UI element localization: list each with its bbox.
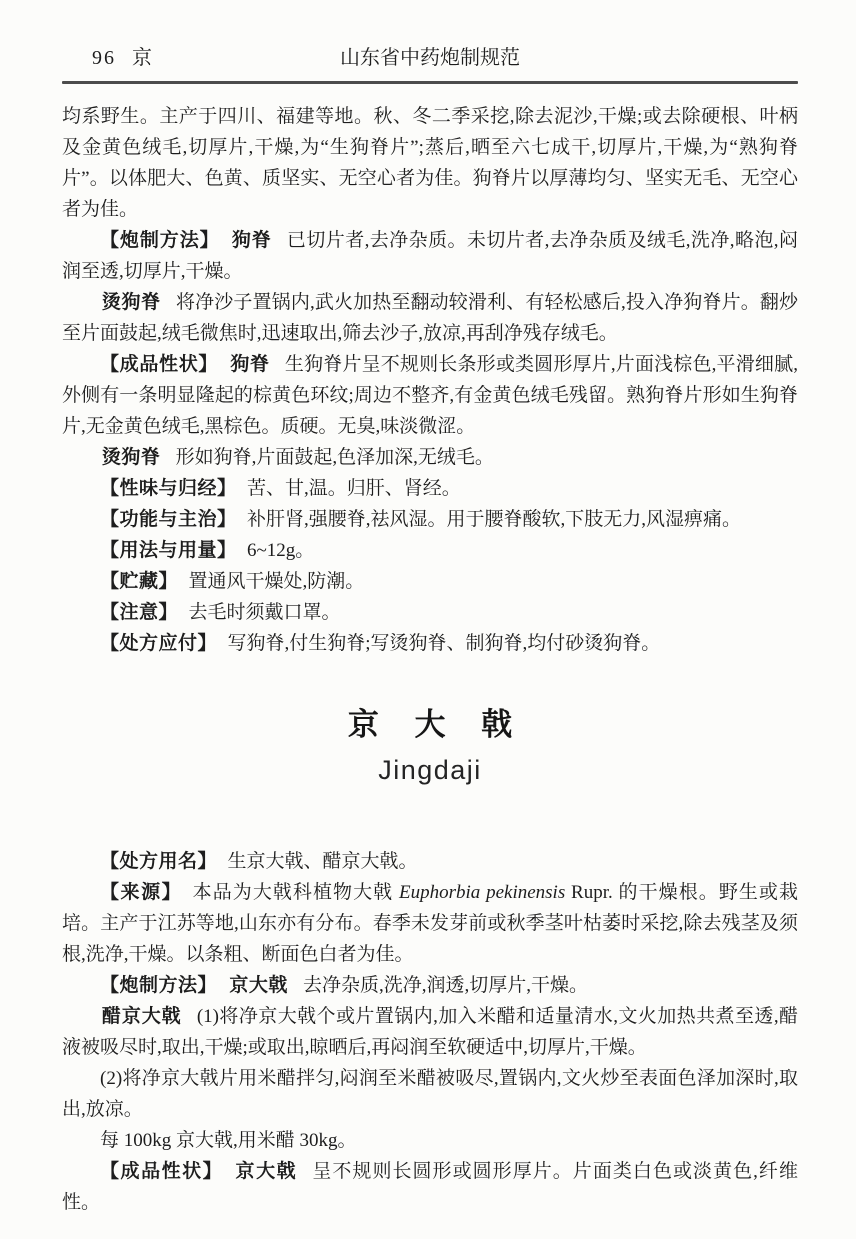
gouji-storage: 【贮藏】置通风干燥处,防潮。 xyxy=(62,566,798,597)
section-heading: 【来源】 xyxy=(100,882,182,903)
jingdaji-vinegar-method-2: (2)将净京大戟片用米醋拌匀,闷润至米醋被吸尽,置锅内,文火炒至表面色泽加深时,… xyxy=(62,1063,798,1125)
section-heading: 【贮藏】 xyxy=(100,571,178,592)
jingdaji-product-properties: 【成品性状】京大戟呈不规则长圆形或圆形厚片。片面类白色或淡黄色,纤维性。 xyxy=(62,1156,798,1218)
jingdaji-body: 【处方用名】生京大戟、醋京大戟。 【来源】本品为大戟科植物大戟 Euphorbi… xyxy=(62,846,798,1218)
section-heading: 【功能与主治】 xyxy=(100,509,237,530)
paragraph-text: 形如狗脊,片面鼓起,色泽加深,无绒毛。 xyxy=(176,447,494,468)
section-heading: 【成品性状】 xyxy=(100,354,218,375)
drug-subname: 狗脊 xyxy=(232,230,272,251)
paragraph-text: 写狗脊,付生狗脊;写烫狗脊、制狗脊,均付砂烫狗脊。 xyxy=(227,633,660,654)
gouji-product-properties: 【成品性状】狗脊生狗脊片呈不规则长条形或类圆形厚片,片面浅棕色,平滑细腻,外侧有… xyxy=(62,349,798,442)
drug-title-pinyin: Jingdaji xyxy=(62,754,798,786)
gouji-scalded-properties: 烫狗脊形如狗脊,片面鼓起,色泽加深,无绒毛。 xyxy=(62,442,798,473)
paragraph-text: 均系野生。主产于四川、福建等地。秋、冬二季采挖,除去泥沙,干燥;或去除硬根、叶柄… xyxy=(62,106,798,220)
latin-author-abbrev: Rupr. xyxy=(565,882,613,903)
scanned-book-page: 96京 山东省中药炮制规范 均系野生。主产于四川、福建等地。秋、冬二季采挖,除去… xyxy=(0,0,856,1239)
paragraph-text: 补肝肾,强腰脊,祛风湿。用于腰脊酸软,下肢无力,风湿痹痛。 xyxy=(247,509,741,530)
gouji-processing-method: 【炮制方法】狗脊已切片者,去净杂质。未切片者,去净杂质及绒毛,洗净,略泡,闷润至… xyxy=(62,225,798,287)
drug-subname: 京大戟 xyxy=(229,975,288,996)
gouji-prescription-dispensing: 【处方应付】写狗脊,付生狗脊;写烫狗脊、制狗脊,均付砂烫狗脊。 xyxy=(62,628,798,659)
paragraph-text: 去毛时须戴口罩。 xyxy=(188,602,340,623)
section-heading: 【用法与用量】 xyxy=(100,540,237,561)
jingdaji-prescription-names: 【处方用名】生京大戟、醋京大戟。 xyxy=(62,846,798,877)
paragraph-text: 置通风干燥处,防潮。 xyxy=(188,571,364,592)
section-heading: 【炮制方法】 xyxy=(100,975,217,996)
paragraph-text: 本品为大戟科植物大戟 xyxy=(193,882,399,903)
paragraph-text: 每 100kg 京大戟,用米醋 30kg。 xyxy=(100,1130,357,1151)
latin-binomial-italic: Euphorbia pekinensis xyxy=(399,882,565,903)
section-heading: 【成品性状】 xyxy=(100,1161,223,1182)
drug-subname: 烫狗脊 xyxy=(102,292,161,313)
jingdaji-vinegar-ratio: 每 100kg 京大戟,用米醋 30kg。 xyxy=(62,1125,798,1156)
paragraph-text: 生京大戟、醋京大戟。 xyxy=(227,851,417,872)
page-body: 均系野生。主产于四川、福建等地。秋、冬二季采挖,除去泥沙,干燥;或去除硬根、叶柄… xyxy=(62,101,798,1218)
paragraph-text: 6~12g。 xyxy=(247,540,314,561)
section-heading: 【炮制方法】 xyxy=(100,230,220,251)
article-jingdaji: 京大戟 Jingdaji 【处方用名】生京大戟、醋京大戟。 【来源】本品为大戟科… xyxy=(62,706,798,1218)
section-heading: 【性味与归经】 xyxy=(100,478,237,499)
gouji-taste-meridian: 【性味与归经】苦、甘,温。归肝、肾经。 xyxy=(62,473,798,504)
running-header: 96京 山东省中药炮制规范 xyxy=(62,44,798,72)
book-title: 山东省中药炮制规范 xyxy=(62,44,798,72)
paragraph-text: 将净沙子置锅内,武火加热至翻动较滑利、有轻松感后,投入净狗脊片。翻炒至片面鼓起,… xyxy=(62,292,798,344)
jingdaji-vinegar-method-1: 醋京大戟(1)将净京大戟个或片置锅内,加入米醋和适量清水,文火加热共煮至透,醋液… xyxy=(62,1001,798,1063)
drug-subname: 烫狗脊 xyxy=(102,447,161,468)
jingdaji-source: 【来源】本品为大戟科植物大戟 Euphorbia pekinensis Rupr… xyxy=(62,877,798,970)
paragraph-text: 去净杂质,洗净,润透,切厚片,干燥。 xyxy=(303,975,588,996)
article-gouji-continued: 均系野生。主产于四川、福建等地。秋、冬二季采挖,除去泥沙,干燥;或去除硬根、叶柄… xyxy=(62,101,798,659)
drug-subname: 醋京大戟 xyxy=(102,1006,182,1027)
gouji-caution: 【注意】去毛时须戴口罩。 xyxy=(62,597,798,628)
section-heading: 【注意】 xyxy=(100,602,178,623)
gouji-sand-scald-method: 烫狗脊将净沙子置锅内,武火加热至翻动较滑利、有轻松感后,投入净狗脊片。翻炒至片面… xyxy=(62,287,798,349)
gouji-function-indication: 【功能与主治】补肝肾,强腰脊,祛风湿。用于腰脊酸软,下肢无力,风湿痹痛。 xyxy=(62,504,798,535)
paragraph-text: (2)将净京大戟片用米醋拌匀,闷润至米醋被吸尽,置锅内,文火炒至表面色泽加深时,… xyxy=(62,1068,798,1120)
jingdaji-processing-method: 【炮制方法】京大戟去净杂质,洗净,润透,切厚片,干燥。 xyxy=(62,970,798,1001)
section-heading: 【处方应付】 xyxy=(100,633,217,654)
section-heading: 【处方用名】 xyxy=(100,851,217,872)
drug-subname: 狗脊 xyxy=(230,354,269,375)
header-rule xyxy=(62,81,798,84)
paragraph-text: 苦、甘,温。归肝、肾经。 xyxy=(247,478,461,499)
gouji-description-continued: 均系野生。主产于四川、福建等地。秋、冬二季采挖,除去泥沙,干燥;或去除硬根、叶柄… xyxy=(62,101,798,225)
gouji-dosage: 【用法与用量】6~12g。 xyxy=(62,535,798,566)
drug-title: 京大戟 xyxy=(62,706,798,744)
drug-subname: 京大戟 xyxy=(236,1161,298,1182)
